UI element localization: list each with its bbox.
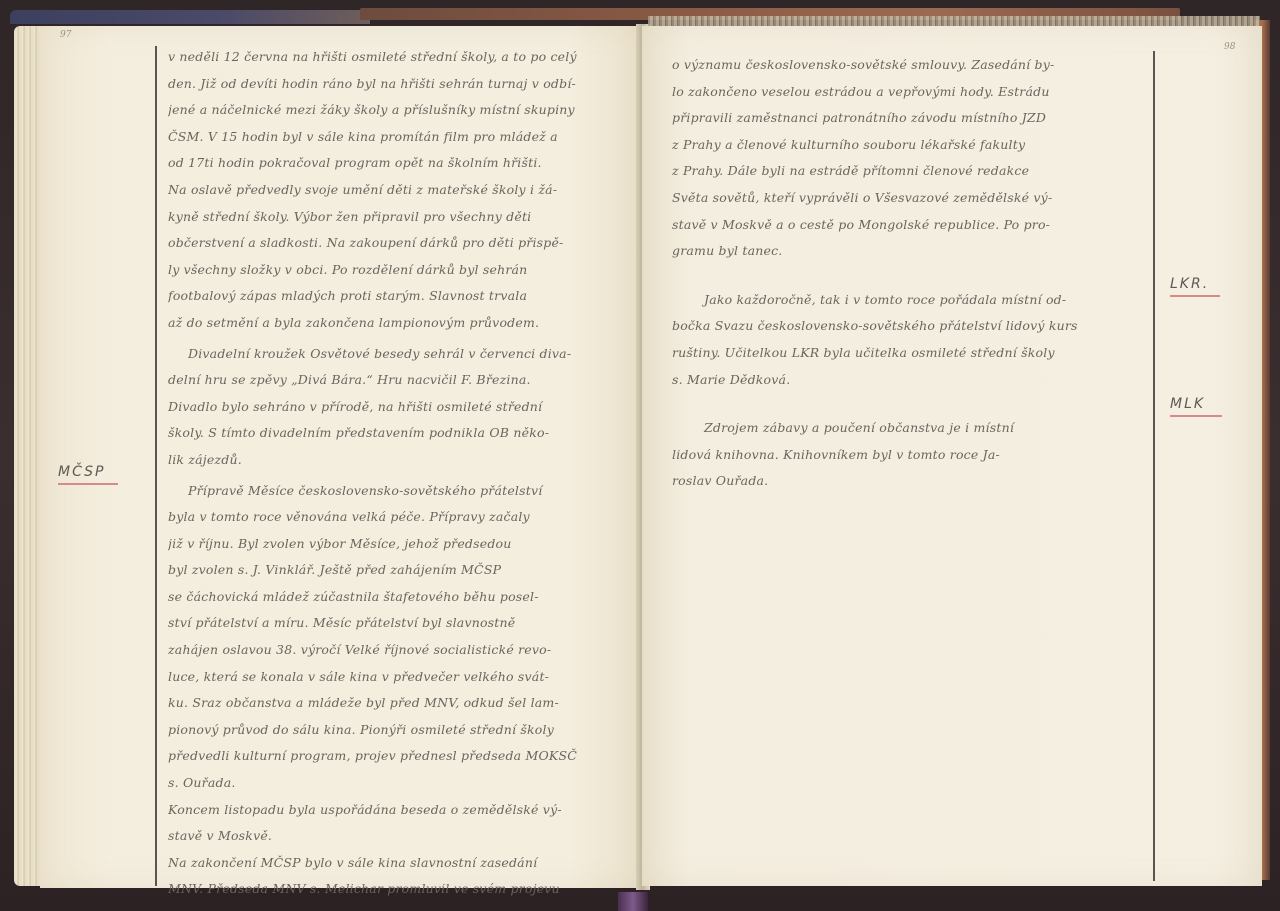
text-line: lidová knihovna. Knihovníkem byl v tomto… [672, 442, 1148, 469]
text-line: již v říjnu. Byl zvolen výbor Měsíce, je… [168, 531, 634, 558]
text-line: Přípravě Měsíce československo-sovětskéh… [168, 478, 634, 505]
text-line: Jako každoročně, tak i v tomto roce pořá… [672, 287, 1148, 314]
margin-note-underline [1170, 415, 1222, 417]
text-line: s. Ouřada. [168, 770, 634, 797]
right-page-number: 98 [1224, 42, 1235, 52]
text-line: z Prahy a členové kulturního souboru lék… [672, 132, 1148, 159]
text-line: ství přátelství a míru. Měsíc přátelství… [168, 610, 634, 637]
left-page: 97 MČSP v neděli 12 června na hřišti osm… [40, 26, 640, 888]
text-line: Divadelní kroužek Osvětové besedy sehrál… [168, 341, 634, 368]
left-margin-line [155, 46, 157, 886]
text-line: Divadlo bylo sehráno v přírodě, na hřišt… [168, 394, 634, 421]
text-line: delní hru se zpěvy „Divá Bára.“ Hru nacv… [168, 367, 634, 394]
text-line: ruštiny. Učitelkou LKR byla učitelka osm… [672, 340, 1148, 367]
bookmark-ribbon [618, 892, 648, 911]
right-page-text: o významu československo-sovětské smlouv… [672, 52, 1148, 495]
margin-note-mlk: MLK [1170, 396, 1222, 417]
text-line: ČSM. V 15 hodin byl v sále kina promítán… [168, 124, 634, 151]
margin-note-mcsp: MČSP [58, 464, 118, 485]
text-line: se čáchovická mládež zúčastnila štafetov… [168, 584, 634, 611]
text-line: zahájen oslavou 38. výročí Velké říjnové… [168, 637, 634, 664]
text-line: den. Již od devíti hodin ráno byl na hři… [168, 71, 634, 98]
text-line: byla v tomto roce věnována velká péče. P… [168, 504, 634, 531]
text-line: až do setmění a byla zakončena lampionov… [168, 310, 634, 337]
cover-top-left-edge [10, 10, 370, 24]
text-line: pionový průvod do sálu kina. Pionýři osm… [168, 717, 634, 744]
text-line: gramu byl tanec. [672, 238, 1148, 265]
text-line: školy. S tímto divadelním představením p… [168, 420, 634, 447]
margin-note-text: LKR. [1170, 276, 1209, 292]
text-line: stavě v Moskvě. [168, 823, 634, 850]
text-line: od 17ti hodin pokračoval program opět na… [168, 150, 634, 177]
text-line: byl zvolen s. J. Vinklář. Ještě před zah… [168, 557, 634, 584]
text-line: ly všechny složky v obci. Po rozdělení d… [168, 257, 634, 284]
margin-note-underline [1170, 295, 1220, 297]
margin-note-text: MČSP [58, 464, 105, 480]
margin-note-text: MLK [1170, 396, 1205, 412]
text-line: MNV. Předseda MNV s. Melichar promluvil … [168, 876, 634, 903]
text-line: Zdrojem zábavy a poučení občanstva je i … [672, 415, 1148, 442]
text-line: v neděli 12 června na hřišti osmileté st… [168, 44, 634, 71]
right-page: 98 o významu československo-sovětské sml… [642, 26, 1262, 886]
text-line: z Prahy. Dále byli na estrádě přítomni č… [672, 158, 1148, 185]
text-line: připravili zaměstnanci patronátního závo… [672, 105, 1148, 132]
text-line: lik zájezdů. [168, 447, 634, 474]
margin-note-lkr: LKR. [1170, 276, 1220, 297]
text-line: předvedli kulturní program, projev předn… [168, 743, 634, 770]
text-line: jené a náčelnické mezi žáky školy a přís… [168, 97, 634, 124]
text-line: Na oslavě předvedly svoje umění děti z m… [168, 177, 634, 204]
text-line: Koncem listopadu byla uspořádána beseda … [168, 797, 634, 824]
text-line: Světa sovětů, kteří vyprávěli o Všesvazo… [672, 185, 1148, 212]
text-line: s. Marie Dědková. [672, 367, 1148, 394]
text-line: lo zakončeno veselou estrádou a vepřovým… [672, 79, 1148, 106]
left-page-number: 97 [60, 30, 71, 40]
text-line: ku. Sraz občanstva a mládeže byl před MN… [168, 690, 634, 717]
text-line: stavě v Moskvě a o cestě po Mongolské re… [672, 212, 1148, 239]
text-line: bočka Svazu československo-sovětského př… [672, 313, 1148, 340]
text-line: o významu československo-sovětské smlouv… [672, 52, 1148, 79]
text-line: roslav Ouřada. [672, 468, 1148, 495]
right-margin-line [1153, 51, 1155, 881]
text-line: luce, která se konala v sále kina v před… [168, 664, 634, 691]
text-line: footbalový zápas mladých proti starým. S… [168, 283, 634, 310]
text-line: Na zakončení MČSP bylo v sále kina slavn… [168, 850, 634, 877]
text-line: kyně střední školy. Výbor žen připravil … [168, 204, 634, 231]
text-line: občerstvení a sladkosti. Na zakoupení dá… [168, 230, 634, 257]
margin-note-underline [58, 483, 118, 485]
left-page-text: v neděli 12 června na hřišti osmileté st… [168, 44, 634, 903]
